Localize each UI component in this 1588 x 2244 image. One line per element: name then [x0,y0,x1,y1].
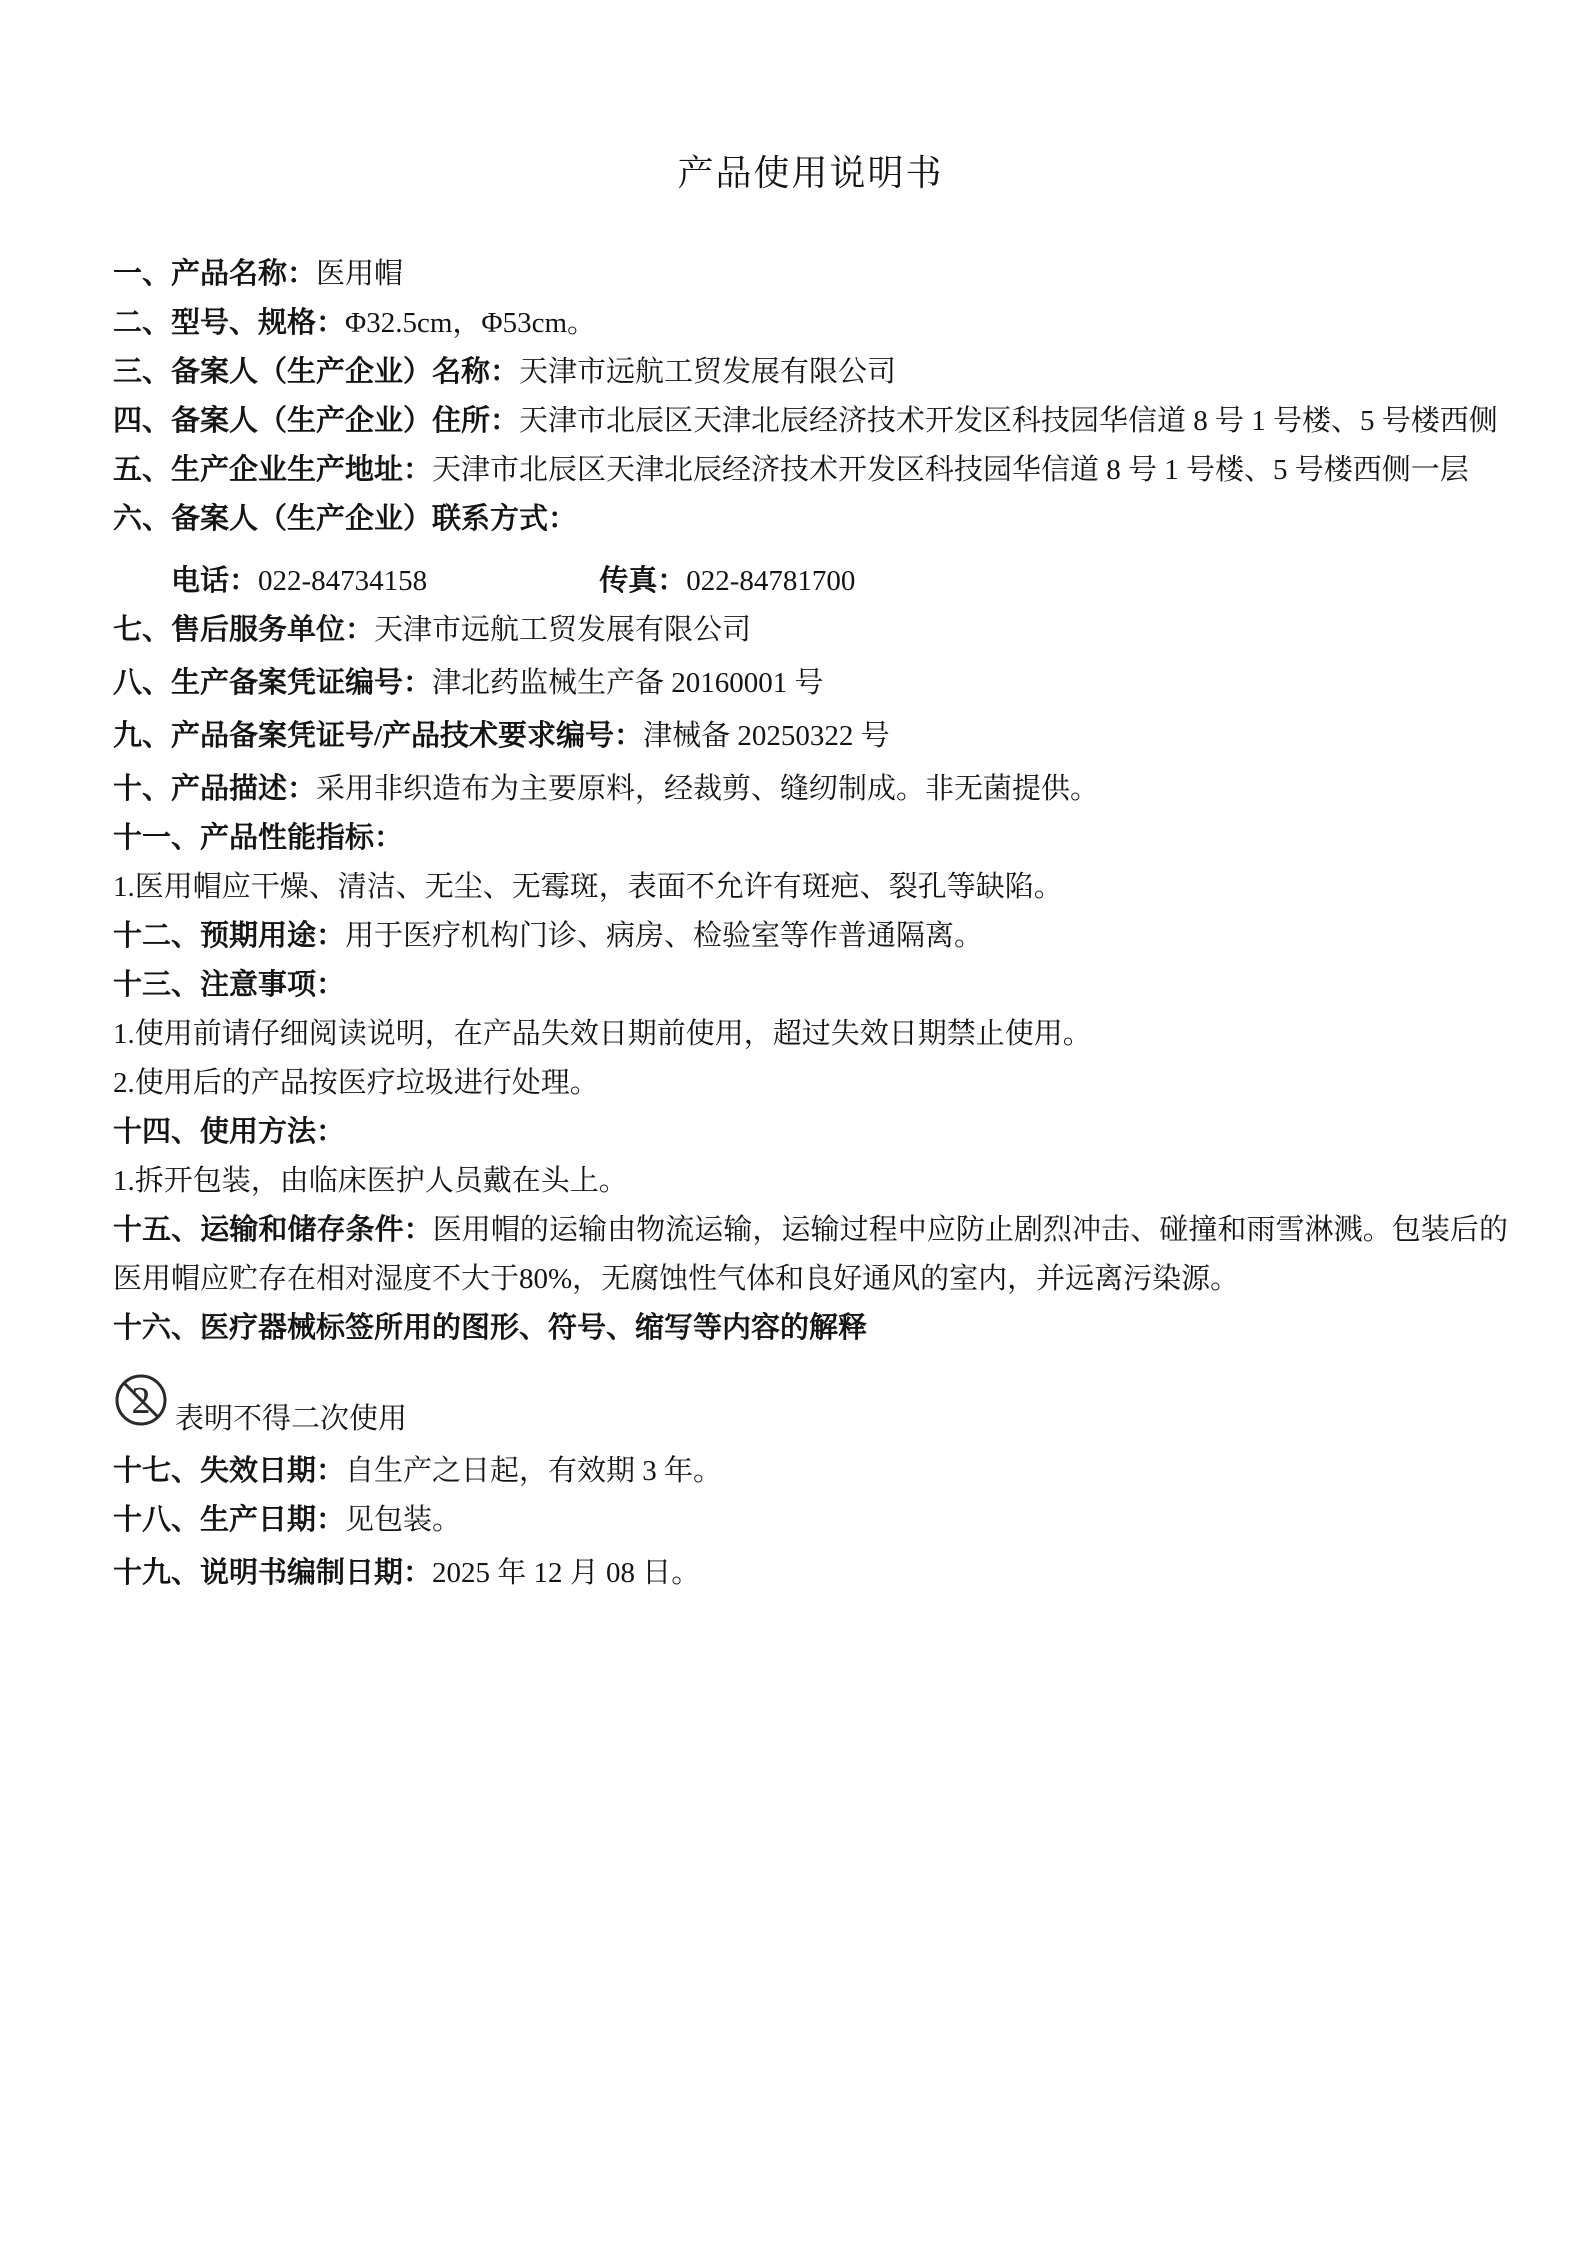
item-line-symbols-heading: 十六、医疗器械标签所用的图形、符号、缩写等内容的解释 [113,1304,1508,1353]
item-line-product-record-no: 九、产品备案凭证号/产品技术要求编号：津械备 20250322 号 [113,712,1508,761]
item-label: 十、产品描述： [113,773,316,805]
item-value: 自生产之日起，有效期 3 年。 [345,1455,722,1487]
item-line-precaution-1: 1.使用前请仔细阅读说明，在产品失效日期前使用，超过失效日期禁止使用。 [113,1010,1508,1059]
item-value: 津械备 20250322 号 [643,720,890,752]
item-value: 天津市远航工贸发展有限公司 [374,614,751,646]
document-page: 产品使用说明书 一、产品名称：医用帽 二、型号、规格：Φ32.5cm，Φ53cm… [0,0,1588,2244]
item-line-product-name: 一、产品名称：医用帽 [113,250,1508,299]
item-line-intended-use: 十二、预期用途：用于医疗机构门诊、病房、检验室等作普通隔离。 [113,912,1508,961]
item-label: 十九、说明书编制日期： [113,1557,432,1589]
item-value: 2.使用后的产品按医疗垃圾进行处理。 [113,1067,599,1099]
no-reuse-caption: 表明不得二次使用 [175,1399,407,1439]
item-line-manual-date: 十九、说明书编制日期：2025 年 12 月 08 日。 [113,1549,1508,1598]
item-line-transport-storage: 十五、运输和储存条件：医用帽的运输由物流运输，运输过程中应防止剧烈冲击、碰撞和雨… [113,1206,1508,1304]
item-label: 十八、生产日期： [113,1504,345,1536]
item-line-contact-heading: 六、备案人（生产企业）联系方式： [113,495,1508,544]
item-line-production-address: 五、生产企业生产地址：天津市北辰区天津北辰经济技术开发区科技园华信道 8 号 1… [113,446,1508,495]
item-label: 十七、失效日期： [113,1455,345,1487]
item-label: 十五、运输和储存条件： [113,1214,433,1246]
item-line-performance-1: 1.医用帽应干燥、清洁、无尘、无霉斑，表面不允许有斑疤、裂孔等缺陷。 [113,863,1508,912]
no-reuse-icon: 2 [113,1372,169,1433]
item-value: 1.使用前请仔细阅读说明，在产品失效日期前使用，超过失效日期禁止使用。 [113,1018,1092,1050]
item-line-usage-1: 1.拆开包装，由临床医护人员戴在头上。 [113,1157,1508,1206]
item-label: 七、售后服务单位： [113,614,374,646]
item-line-expiry-date: 十七、失效日期：自生产之日起，有效期 3 年。 [113,1447,1508,1496]
item-line-after-sales: 七、售后服务单位：天津市远航工贸发展有限公司 [113,606,1508,655]
item-value: Φ32.5cm，Φ53cm。 [345,307,596,339]
item-line-model-spec: 二、型号、规格：Φ32.5cm，Φ53cm。 [113,299,1508,348]
item-value: 用于医疗机构门诊、病房、检验室等作普通隔离。 [345,920,983,952]
item-line-precautions-heading: 十三、注意事项： [113,961,1508,1010]
item-value: 天津市北辰区天津北辰经济技术开发区科技园华信道 8 号 1 号楼、5 号楼西侧 [519,405,1498,437]
item-label: 八、生产备案凭证编号： [113,667,432,699]
item-line-production-date: 十八、生产日期：见包装。 [113,1496,1508,1545]
fax-label: 传真： [599,565,686,597]
phone-label: 电话： [171,565,258,597]
item-label: 五、生产企业生产地址： [113,454,432,486]
item-value: 见包装。 [345,1504,461,1536]
phone-number: 022-84734158 [258,565,427,597]
item-label: 十四、使用方法： [113,1116,345,1148]
item-value: 1.拆开包装，由临床医护人员戴在头上。 [113,1165,628,1197]
item-label: 六、备案人（生产企业）联系方式： [113,503,577,535]
item-value: 1.医用帽应干燥、清洁、无尘、无霉斑，表面不允许有斑疤、裂孔等缺陷。 [113,871,1063,903]
item-label: 一、产品名称： [113,258,316,290]
page-title: 产品使用说明书 [113,150,1508,196]
item-value: 天津市远航工贸发展有限公司 [519,356,896,388]
item-value: 医用帽 [316,258,403,290]
item-line-usage-heading: 十四、使用方法： [113,1108,1508,1157]
item-value: 津北药监械生产备 20160001 号 [432,667,824,699]
item-label: 十一、产品性能指标： [113,822,403,854]
fax-number: 022-84781700 [686,565,855,597]
item-line-precaution-2: 2.使用后的产品按医疗垃圾进行处理。 [113,1059,1508,1108]
symbol-explanation-row: 2 表明不得二次使用 [113,1359,1508,1439]
item-label: 三、备案人（生产企业）名称： [113,356,519,388]
item-value: 采用非织造布为主要原料，经裁剪、缝纫制成。非无菌提供。 [316,773,1099,805]
item-label: 十六、医疗器械标签所用的图形、符号、缩写等内容的解释 [113,1312,867,1344]
item-line-registrant-address: 四、备案人（生产企业）住所：天津市北辰区天津北辰经济技术开发区科技园华信道 8 … [113,397,1508,446]
item-line-registrant-name: 三、备案人（生产企业）名称：天津市远航工贸发展有限公司 [113,348,1508,397]
item-line-production-record-no: 八、生产备案凭证编号：津北药监械生产备 20160001 号 [113,659,1508,708]
item-label: 十二、预期用途： [113,920,345,952]
item-value: 天津市北辰区天津北辰经济技术开发区科技园华信道 8 号 1 号楼、5 号楼西侧一… [432,454,1469,486]
item-value: 2025 年 12 月 08 日。 [432,1557,700,1589]
contact-line: 电话：022-84734158传真：022-84781700 [113,557,1508,606]
item-label: 九、产品备案凭证号/产品技术要求编号： [113,720,643,752]
item-label: 四、备案人（生产企业）住所： [113,405,519,437]
item-line-product-description: 十、产品描述：采用非织造布为主要原料，经裁剪、缝纫制成。非无菌提供。 [113,765,1508,814]
item-line-performance-heading: 十一、产品性能指标： [113,814,1508,863]
item-label: 十三、注意事项： [113,969,345,1001]
item-label: 二、型号、规格： [113,307,345,339]
